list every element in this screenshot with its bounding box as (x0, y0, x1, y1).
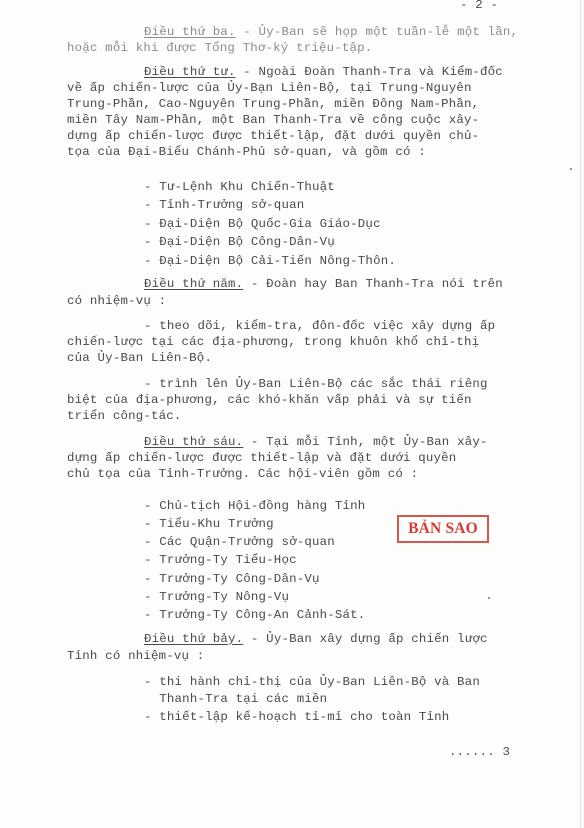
article-7-heading: Điều thứ bảy. (144, 632, 243, 646)
article-3-heading: Điều thứ ba. (144, 25, 236, 39)
article-7-line-1: Điều thứ bảy. - Ủy-Ban xây dựng ấp chiến… (144, 632, 488, 647)
article-5-para-2-line: - trình lên Ủy-Ban Liên-Bộ các sắc thái … (144, 377, 488, 392)
article-5-para-1-line: chiến-lược tại các địa-phương, trong khu… (67, 335, 479, 350)
article-4-item: - Đại-Diện Bộ Cải-Tiến Nông-Thôn. (144, 254, 396, 269)
article-6-item: - Trưởng-Ty Tiểu-Học (144, 553, 297, 568)
article-3-line-1: Điều thứ ba. - Ủy-Ban sẽ họp một tuần-lễ… (144, 25, 518, 40)
article-4-item: - Tư-Lệnh Khu Chiến-Thuật (144, 180, 335, 195)
scan-speck (570, 168, 572, 170)
article-4-line-4: miền Tây Nam-Phần, một Ban Thanh-Tra về … (67, 113, 479, 128)
article-6-line-3: chủ tọa của Tỉnh-Trưởng. Các hội-viên gồ… (67, 467, 418, 482)
article-4-line-3: Trung-Phần, Cao-Nguyên Trung-Phần, miền … (67, 97, 479, 112)
article-4-item: - Đại-Diện Bộ Công-Dân-Vụ (144, 235, 335, 250)
article-7-item: Thanh-Tra tại các miền (144, 692, 327, 707)
article-4-line-2: về ấp chiến-lược của Ủy-Bạn Liên-Bộ, tại… (67, 81, 472, 96)
article-6-item: - Trưởng-Ty Công-Dân-Vụ (144, 572, 320, 587)
article-5-line-1: Điều thứ năm. - Đoàn hay Ban Thanh-Tra n… (144, 277, 503, 292)
article-7-item: - thi hành chỉ-thị của Ủy-Ban Liên-Bộ và… (144, 675, 480, 690)
article-7-item: - thiết-lập kế-hoạch tỉ-mỉ cho toàn Tỉnh (144, 710, 449, 725)
continuation-marker: ...... 3 (449, 745, 510, 760)
article-3-line-2: hoặc mỗi khi được Tổng Thơ-ký triệu-tập. (67, 41, 372, 56)
article-6-line-2: dựng ấp chiến-lược được thiết-lập và đặt… (67, 451, 456, 466)
copy-stamp: BẢN SAO (397, 515, 489, 543)
article-5-line-2: có nhiệm-vụ : (67, 294, 166, 309)
article-6-item: - Tiểu-Khu Trưởng (144, 517, 274, 532)
article-4-item: - Tỉnh-Trưởng sở-quan (144, 198, 304, 213)
article-5-heading: Điều thứ năm. (144, 277, 243, 291)
article-6-heading: Điều thứ sáu. (144, 435, 243, 449)
article-6-item: - Chủ-tịch Hội-đồng hàng Tỉnh (144, 499, 365, 514)
article-4-line-5: dựng ấp chiến-lược được thiết-lập, đặt d… (67, 129, 479, 144)
article-6-line-1: Điều thứ sáu. - Tại mỗi Tỉnh, một Ủy-Ban… (144, 435, 488, 450)
article-6-item: - Trưởng-Ty Công-An Cảnh-Sát. (144, 608, 365, 623)
article-5-para-1-line: - theo dõi, kiểm-tra, đôn-đốc việc xây d… (144, 319, 495, 334)
article-5-para-1-line: của Ủy-Ban Liên-Bộ. (67, 351, 212, 366)
article-6-item: - Các Quận-Trưởng sở-quan (144, 535, 335, 550)
page-number-marker: - 2 - (460, 0, 498, 13)
article-4-item: - Đại-Diện Bộ Quốc-Gia Giáo-Dục (144, 217, 381, 232)
article-4-line-1: Điều thứ tư. - Ngoài Đoàn Thanh-Tra và K… (144, 65, 503, 80)
article-4-heading: Điều thứ tư. (144, 65, 236, 79)
article-6-item: - Trưởng-Ty Nông-Vụ (144, 590, 289, 605)
article-4-line-6: tọa của Đại-Biểu Chánh-Phủ sở-quan, và g… (67, 145, 426, 160)
document-page: - 2 - Điều thứ ba. - Ủy-Ban sẽ họp một t… (0, 0, 581, 828)
article-5-para-2-line: triển công-tác. (67, 409, 182, 424)
scan-speck (488, 597, 490, 599)
article-7-line-2: Tỉnh có nhiệm-vụ : (67, 649, 204, 664)
article-5-para-2-line: biệt của địa-phương, các khó-khăn vấp ph… (67, 393, 472, 408)
